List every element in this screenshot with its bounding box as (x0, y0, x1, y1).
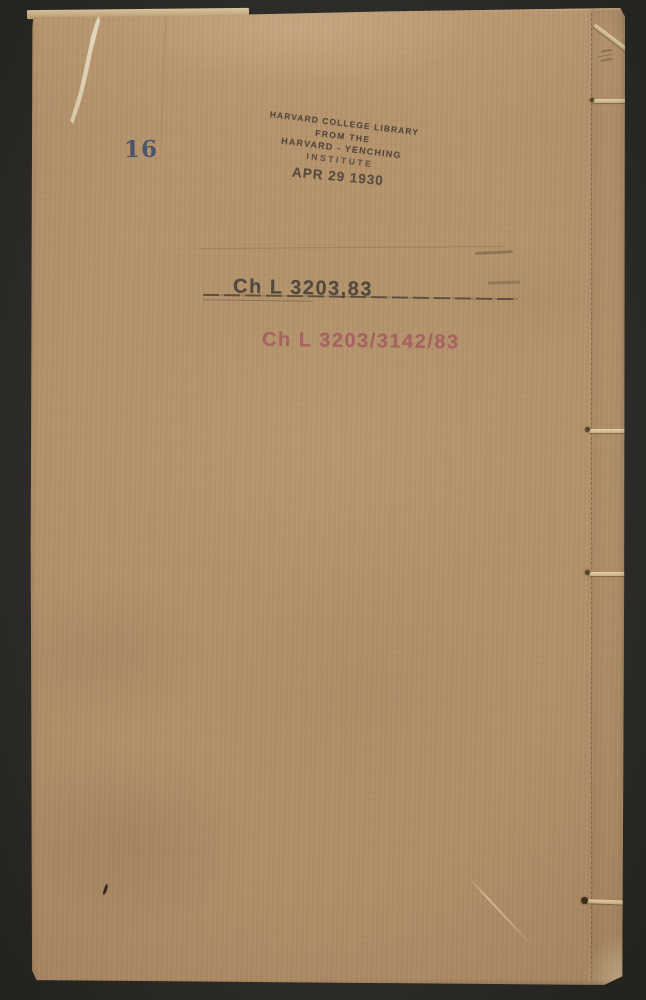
stitch-thread-2 (589, 429, 633, 433)
book-cover: 16 HARVARD COLLEGE LIBRARY FROM THE HARV… (30, 8, 625, 985)
stitch-thread-3 (589, 572, 633, 576)
stitch-hole-4 (581, 897, 588, 904)
scanned-book-cover: 16 HARVARD COLLEGE LIBRARY FROM THE HARV… (0, 0, 646, 1000)
pencil-smudge (488, 280, 520, 284)
stitch-hole-1 (590, 98, 594, 102)
stitch-thread-1 (593, 99, 629, 103)
paper-crease (160, 10, 166, 160)
pencil-smudge (475, 250, 513, 255)
erased-pencil-line (200, 246, 505, 249)
pencil-marks (597, 49, 614, 65)
strikethrough-line-faint (203, 299, 313, 302)
binding-crease (591, 13, 592, 979)
corner-wear-patch (586, 936, 628, 984)
cover-tear (68, 12, 100, 124)
ink-mark (102, 884, 108, 895)
stitch-hole-3 (585, 570, 590, 575)
accession-number: 16 (124, 136, 158, 164)
scratch-mark (467, 876, 533, 947)
stitch-hole-2 (585, 427, 590, 432)
binding-flap-shading (591, 8, 625, 985)
library-stamp: HARVARD COLLEGE LIBRARY FROM THE HARVARD… (249, 107, 434, 194)
call-number-new: Ch L 3203/3142/83 (262, 329, 460, 355)
